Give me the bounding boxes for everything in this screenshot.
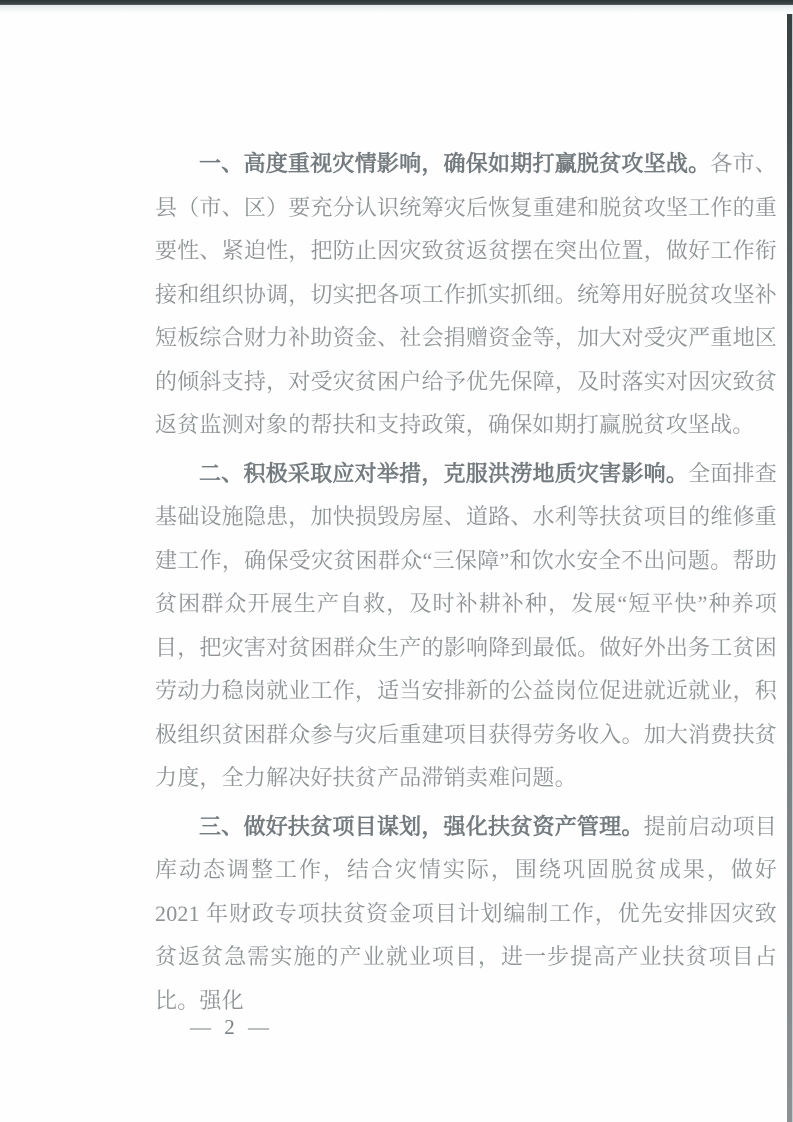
paragraph-1: 一、高度重视灾情影响，确保如期打赢脱贫攻坚战。各市、县（市、区）要充分认识统筹灾… (155, 142, 777, 447)
page-number: — 2 — (190, 1012, 273, 1042)
paragraph-1-heading: 一、高度重视灾情影响，确保如期打赢脱贫攻坚战。 (199, 151, 710, 176)
paragraph-1-body: 各市、县（市、区）要充分认识统筹灾后恢复重建和脱贫攻坚工作的重要性、紧迫性，把防… (155, 151, 777, 437)
paragraph-2: 二、积极采取应对举措，克服洪涝地质灾害影响。全面排查基础设施隐患，加快损毁房屋、… (155, 452, 777, 800)
scan-artifact-top-shadow (0, 5, 793, 14)
scanned-document-page: 一、高度重视灾情影响，确保如期打赢脱贫攻坚战。各市、县（市、区）要充分认识统筹灾… (0, 0, 793, 1122)
paragraph-3: 三、做好扶贫项目谋划，强化扶贫资产管理。提前启动项目库动态调整工作，结合灾情实际… (155, 805, 777, 1023)
document-text-block: 一、高度重视灾情影响，确保如期打赢脱贫攻坚战。各市、县（市、区）要充分认识统筹灾… (155, 142, 777, 1027)
paragraph-2-body: 全面排查基础设施隐患，加快损毁房屋、道路、水利等扶贫项目的维修重建工作，确保受灾… (155, 461, 777, 791)
paragraph-3-body: 提前启动项目库动态调整工作，结合灾情实际，围绕巩固脱贫成果，做好 2021 年财… (155, 814, 777, 1013)
paragraph-3-heading: 三、做好扶贫项目谋划，强化扶贫资产管理。 (199, 814, 644, 839)
paragraph-2-heading: 二、积极采取应对举措，克服洪涝地质灾害影响。 (199, 461, 688, 486)
